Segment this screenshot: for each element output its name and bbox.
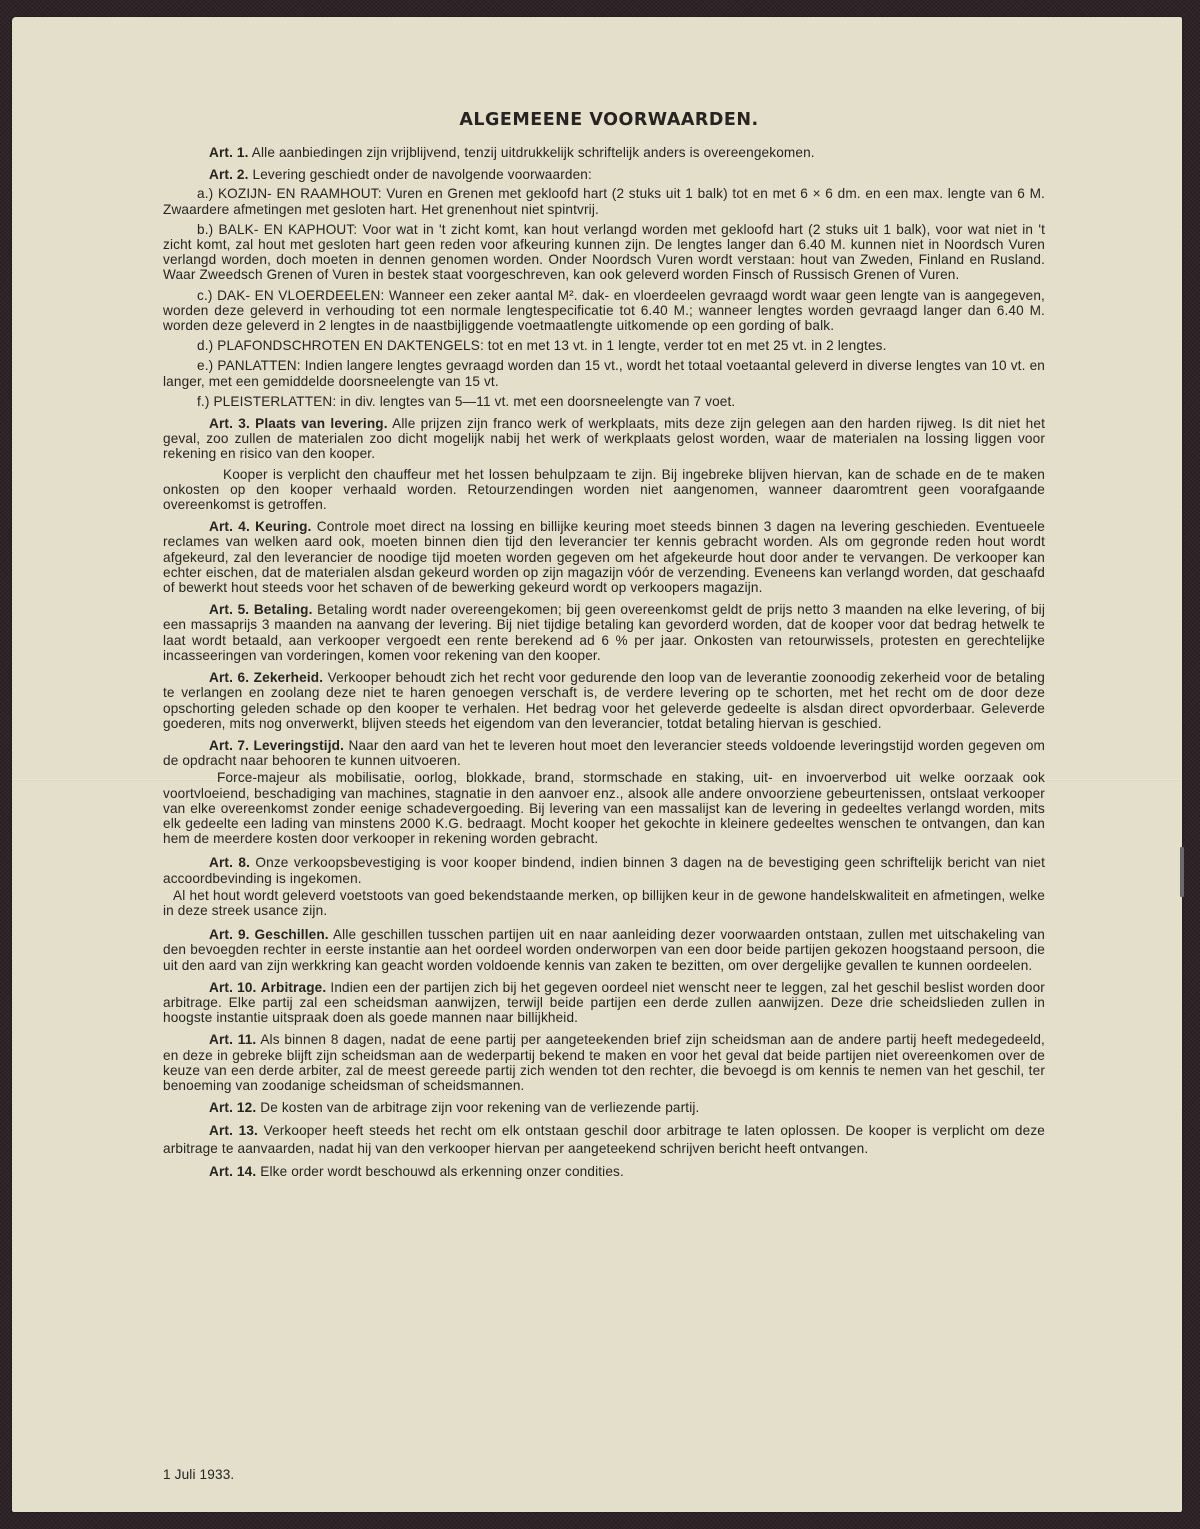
item-text: DAK- EN VLOERDEELEN: Wanneer een zeker a… [163,288,1045,333]
article-text: Verkooper heeft steeds het recht om elk … [163,1123,1045,1156]
article-number: Art. 1. [209,145,249,160]
item-text: PLAFONDSCHROTEN EN DAKTENGELS: tot en me… [217,338,886,353]
article-2: Art. 2. Levering geschiedt onder de navo… [163,167,1045,182]
item-text: KOZIJN- EN RAAMHOUT: Vuren en Grenen met… [163,186,1045,216]
article-6: Art. 6. Zekerheid. Verkooper behoudt zic… [163,670,1045,731]
article-2-item-b: b.) BALK- EN KAPHOUT: Voor wat in 't zic… [163,222,1045,283]
article-11: Art. 11. Als binnen 8 dagen, nadat de ee… [163,1032,1045,1093]
article-8-continuation: Al het hout wordt geleverd voetstoots va… [163,888,1045,918]
document-page: ALGEMEENE VOORWAARDEN. Art. 1. Alle aanb… [12,17,1182,1512]
article-number: Art. 2. [209,167,249,182]
article-2-item-a: a.) KOZIJN- EN RAAMHOUT: Vuren en Grenen… [163,186,1045,216]
article-8: Art. 8. Onze verkoopsbevestiging is voor… [163,855,1045,885]
article-3-continuation: Kooper is verplicht den chauffeur met he… [163,467,1045,513]
article-text: Als binnen 8 dagen, nadat de eene partij… [163,1032,1045,1093]
article-number: Art. 9. [209,927,250,942]
paper-clip-mark [1180,847,1184,897]
item-text: PANLATTEN: Indien langere lengtes gevraa… [163,358,1045,388]
document-body: ALGEMEENE VOORWAARDEN. Art. 1. Alle aanb… [163,109,1045,1187]
article-text: Elke order wordt beschouwd als erkenning… [260,1164,624,1179]
article-number: Art. 8. [209,855,250,870]
article-number: Art. 6. [209,670,249,685]
article-9: Art. 9. Geschillen. Alle geschillen tuss… [163,927,1045,973]
item-text: BALK- EN KAPHOUT: Voor wat in 't zicht k… [163,222,1045,283]
item-text: PLEISTERLATTEN: in div. lengtes van 5—11… [213,394,735,409]
article-number: Art. 4. [209,519,250,534]
article-number: Art. 5. [209,602,249,617]
article-14: Art. 14. Elke order wordt beschouwd als … [163,1164,1045,1179]
item-label: d.) [197,338,213,353]
article-7-continuation: Force-majeur als mobilisatie, oorlog, bl… [163,770,1045,846]
item-label: c.) [197,288,213,303]
article-5: Art. 5. Betaling. Betaling wordt nader o… [163,602,1045,663]
article-3: Art. 3. Plaats van levering. Alle prijze… [163,416,1045,462]
article-2-item-c: c.) DAK- EN VLOERDEELEN: Wanneer een zek… [163,288,1045,334]
article-heading: Arbitrage. [261,980,327,995]
article-number: Art. 12. [209,1100,256,1115]
article-13: Art. 13. Verkooper heeft steeds het rech… [163,1122,1045,1157]
document-title: ALGEMEENE VOORWAARDEN. [163,109,1045,131]
article-heading: Leveringstijd. [254,738,344,753]
item-label: e.) [197,358,213,373]
article-number: Art. 11. [209,1032,256,1047]
article-heading: Betaling. [254,602,313,617]
article-7: Art. 7. Leveringstijd. Naar den aard van… [163,738,1045,768]
article-number: Art. 14. [209,1164,256,1179]
article-2-item-f: f.) PLEISTERLATTEN: in div. lengtes van … [163,394,1045,409]
article-number: Art. 13. [209,1123,258,1138]
article-2-item-e: e.) PANLATTEN: Indien langere lengtes ge… [163,358,1045,388]
item-label: b.) [197,222,213,237]
article-text: De kosten van de arbitrage zijn voor rek… [260,1100,699,1115]
article-heading: Plaats van levering. [255,416,388,431]
item-label: a.) [197,186,213,201]
article-1: Art. 1. Alle aanbiedingen zijn vrijblijv… [163,145,1045,160]
article-number: Art. 7. [209,738,249,753]
article-heading: Keuring. [255,519,311,534]
article-heading: Geschillen. [255,927,329,942]
document-date: 1 Juli 1933. [163,1467,234,1482]
article-4: Art. 4. Keuring. Controle moet direct na… [163,519,1045,595]
article-number: Art. 3. [209,416,250,431]
article-10: Art. 10. Arbitrage. Indien een der parti… [163,980,1045,1026]
article-text: Levering geschiedt onder de navolgende v… [253,167,592,182]
article-number: Art. 10. [209,980,256,995]
article-12: Art. 12. De kosten van de arbitrage zijn… [163,1100,1045,1115]
article-heading: Zekerheid. [254,670,324,685]
article-text: Onze verkoopsbevestiging is voor kooper … [163,855,1045,885]
article-2-item-d: d.) PLAFONDSCHROTEN EN DAKTENGELS: tot e… [163,338,1045,353]
item-label: f.) [197,394,210,409]
article-text: Alle aanbiedingen zijn vrijblijvend, ten… [252,145,815,160]
